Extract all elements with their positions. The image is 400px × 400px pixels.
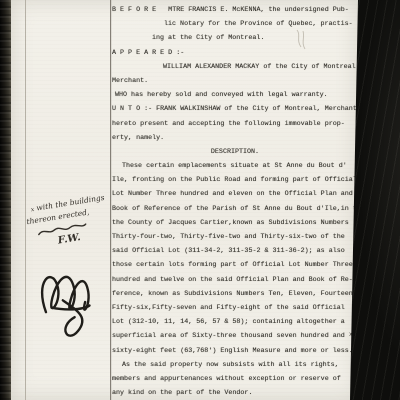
margin-insertion-mark: x — [30, 206, 34, 213]
paper: B E F O R E MTRE FRANCIS E. McKENNA, the… — [11, 0, 358, 400]
typed-line: Book of Reference of the Parish of St An… — [112, 202, 358, 216]
typed-line: superficial area of Sixty-three thousand… — [112, 329, 358, 343]
typed-line: Fifty-six,Fifty-seven and Fifty-eight of… — [112, 301, 358, 315]
signature-monogram-icon — [29, 260, 103, 344]
typed-line: members and appurtenances without except… — [112, 372, 358, 386]
handwritten-margin-note: x with the buildings thereon erected, F.… — [22, 190, 124, 251]
typed-line: Ile, fronting on the Public Road and for… — [112, 173, 358, 187]
typed-line: Lot (312-10, 11, 14, 56, 57 & 58); conta… — [112, 315, 358, 329]
typed-line: Lot Number Three hundred and eleven on t… — [112, 187, 358, 201]
left-margin-rule-line — [25, 0, 26, 400]
typed-line: WILLIAM ALEXANDER MACKAY of the City of … — [112, 60, 358, 74]
typed-line: A P P E A R E D :- — [112, 46, 358, 60]
typed-line: U N T O :- FRANK WALKINSHAW of the City … — [112, 102, 358, 116]
typed-line: WHO has hereby sold and conveyed with le… — [112, 88, 358, 102]
typed-line: erty, namely. — [112, 131, 358, 145]
typed-line: Merchant. — [112, 74, 358, 88]
scanned-document-page: B E F O R E MTRE FRANCIS E. McKENNA, the… — [0, 0, 400, 400]
typed-line: hundred and twelve on the said Official … — [112, 273, 358, 287]
typed-line: the County of Jacques Cartier,known as S… — [112, 216, 358, 230]
typed-line: any kind on the part of the Vendor. — [112, 386, 358, 398]
stray-pencil-mark — [292, 28, 310, 52]
typed-line: Thirty-four-two, Thirty-five-two and Thi… — [112, 230, 358, 244]
typed-line: hereto present and accepting the followi… — [112, 117, 358, 131]
typed-line: lic Notary for the Province of Quebec, p… — [112, 17, 358, 31]
typed-line: said Official Lot (311-34-2, 311-35-2 & … — [112, 244, 358, 258]
scan-edge-left — [0, 0, 11, 400]
typed-line: those certain lots forming part of Offic… — [112, 258, 358, 272]
typed-line: ference, known as Subdivisions Numbers T… — [112, 287, 358, 301]
typed-line: As the said property now subsists with a… — [112, 358, 358, 372]
typed-line: These certain emplacements situate at St… — [112, 159, 358, 173]
typed-line: DESCRIPTION. — [112, 145, 358, 159]
scan-edge-right — [350, 0, 400, 400]
typed-line: sixty-eight feet (63,768') English Measu… — [112, 344, 358, 358]
typed-line: ing at the City of Montreal. — [112, 31, 358, 45]
typed-line: B E F O R E MTRE FRANCIS E. McKENNA, the… — [112, 3, 358, 17]
typed-text-block: B E F O R E MTRE FRANCIS E. McKENNA, the… — [112, 3, 358, 398]
